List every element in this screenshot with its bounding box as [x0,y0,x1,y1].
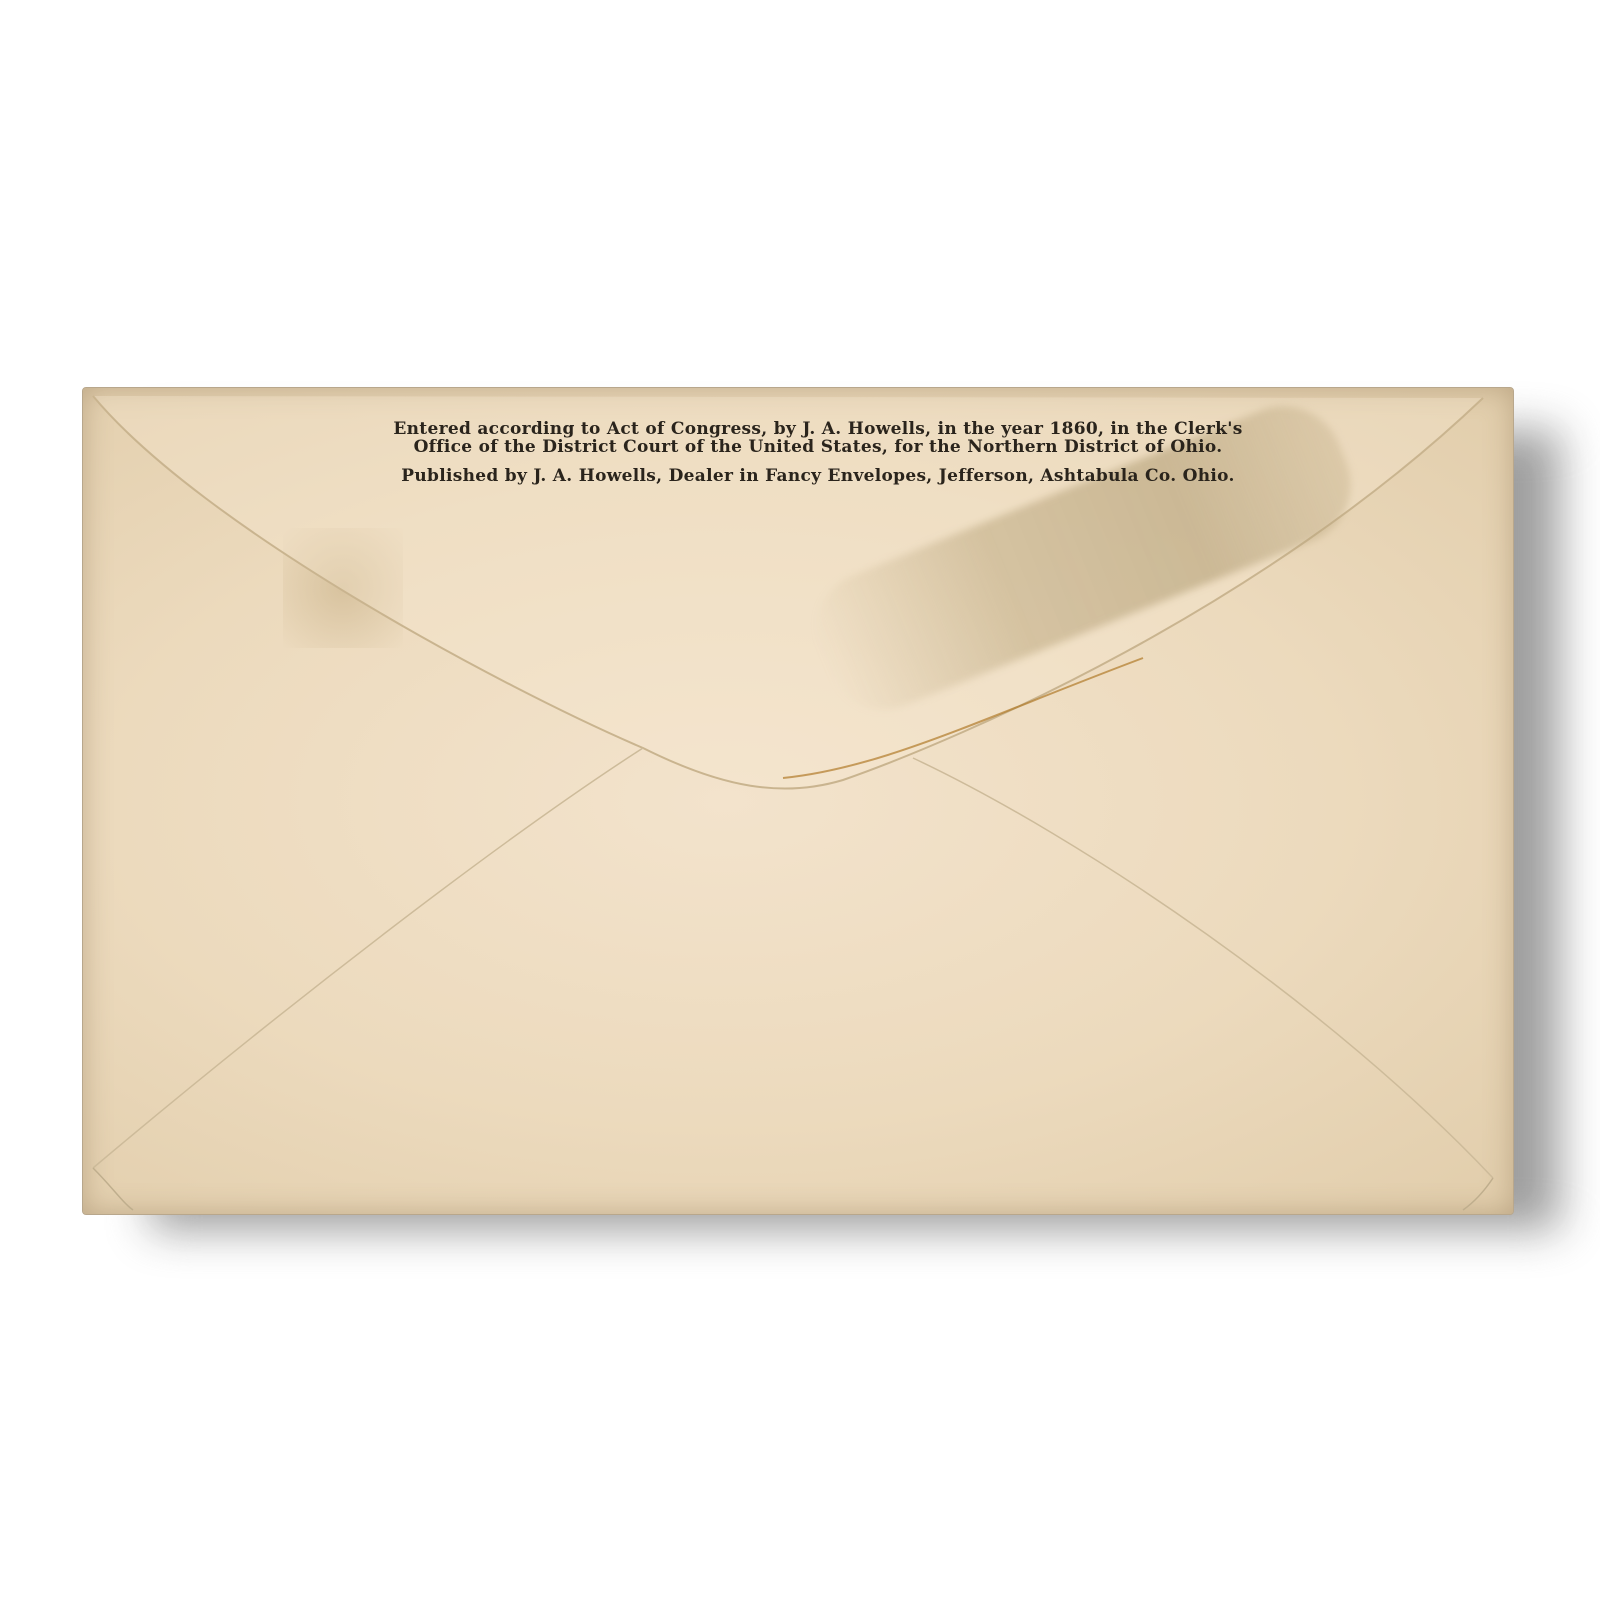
imprint-line-1: Entered according to Act of Congress, by… [123,420,1513,438]
publisher-imprint: Entered according to Act of Congress, by… [83,420,1513,486]
imprint-line-3: Published by J. A. Howells, Dealer in Fa… [123,466,1513,486]
imprint-line-2: Office of the District Court of the Unit… [123,438,1513,456]
envelope: Entered according to Act of Congress, by… [82,387,1514,1215]
